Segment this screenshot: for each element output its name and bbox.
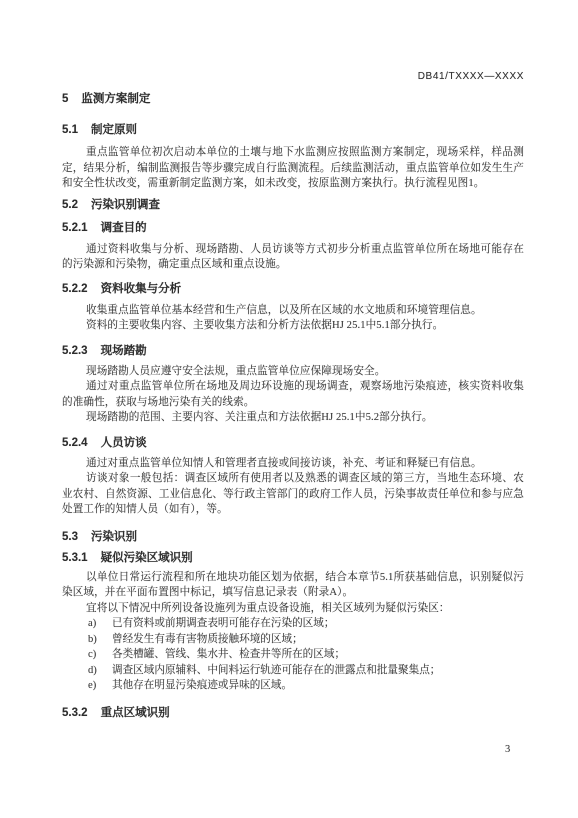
section-5-2-1-number: 5.2.1 [62,222,88,234]
list-item-a-marker: a) [88,616,112,632]
section-5-2-3-title: 现场踏勘 [101,345,147,357]
section-5-2-4-title: 人员访谈 [101,437,147,449]
section-5-3-number: 5.3 [62,531,78,543]
section-5-3-2-title: 重点区域识别 [101,707,170,719]
list-item-b-text: 曾经发生有毒有害物质接触环境的区域； [112,632,524,648]
section-5-2-title: 污染识别调查 [91,199,160,211]
section-5-3-2-heading: 5.3.2重点区域识别 [62,706,524,721]
section-5-3-1-heading: 5.3.1疑似污染区域识别 [62,551,524,566]
section-5-2-1-title: 调查目的 [101,222,147,234]
section-5-1-paragraph: 重点监管单位初次启动本单位的土壤与地下水监测应按照监测方案制定，现场采样，样品测… [62,145,524,192]
section-5-2-number: 5.2 [62,199,78,211]
section-5-2-1-paragraph: 通过资料收集与分析、现场踏勘、人员访谈等方式初步分析重点监管单位所在场地可能存在… [62,242,524,273]
section-5-2-1-heading: 5.2.1调查目的 [62,221,524,236]
section-5-3-2-number: 5.3.2 [62,707,88,719]
page-number: 3 [505,744,510,755]
section-5-1-heading: 5.1制定原则 [62,123,524,138]
section-5-2-2-paragraph-2: 资料的主要收集内容、主要收集方法和分析方法依据HJ 25.1中5.1部分执行。 [62,318,524,334]
section-5-2-3-paragraph-1: 现场踏勘人员应遵守安全法规，重点监管单位应保障现场安全。 [62,364,524,380]
section-5-2-4-paragraph-2: 访谈对象一般包括：调查区域所有使用者以及熟悉的调查区域的第三方，当地生态环境、农… [62,471,524,518]
section-5-3-1-paragraph-2: 宜将以下情况中所列设备设施列为重点设备设施，相关区域列为疑似污染区： [62,601,524,617]
section-5-2-2-title: 资料收集与分析 [101,283,182,295]
section-5-heading: 5监测方案制定 [62,92,524,107]
section-5-2-2-heading: 5.2.2资料收集与分析 [62,282,524,297]
list-item-b: b) 曾经发生有毒有害物质接触环境的区域； [62,632,524,648]
suspected-pollution-area-list: a) 已有资料或前期调查表明可能存在污染的区域； b) 曾经发生有毒有害物质接触… [62,616,524,694]
section-5-number: 5 [62,93,68,105]
section-5-2-3-paragraph-3: 现场踏勘的范围、主要内容、关注重点和方法依据HJ 25.1中5.2部分执行。 [62,410,524,426]
section-5-3-heading: 5.3污染识别 [62,530,524,545]
list-item-e-text: 其他存在明显污染痕迹或异味的区域。 [112,678,524,694]
section-5-1-number: 5.1 [62,124,78,136]
section-5-2-2-number: 5.2.2 [62,283,88,295]
list-item-c-marker: c) [88,647,112,663]
list-item-b-marker: b) [88,632,112,648]
section-5-2-4-paragraph-1: 通过对重点监管单位知情人和管理者直接或间接访谈，补充、考证和释疑已有信息。 [62,456,524,472]
section-5-2-2-paragraph-1: 收集重点监管单位基本经营和生产信息，以及所在区域的水文地质和环境管理信息。 [62,303,524,319]
section-5-3-1-number: 5.3.1 [62,552,88,564]
section-5-3-title: 污染识别 [91,531,137,543]
list-item-c: c) 各类槽罐、管线、集水井、检查井等所在的区域； [62,647,524,663]
section-5-2-heading: 5.2污染识别调查 [62,198,524,213]
section-5-2-3-number: 5.2.3 [62,345,88,357]
list-item-a-text: 已有资料或前期调查表明可能存在污染的区域； [112,616,524,632]
list-item-d-text: 调查区域内原辅料、中间料运行轨迹可能存在的泄露点和批量聚集点； [112,663,524,679]
section-5-3-1-paragraph-1: 以单位日常运行流程和所在地块功能区划为依据，结合本章节5.1所获基础信息，识别疑… [62,570,524,601]
section-5-2-3-paragraph-2: 通过对重点监管单位所在场地及周边环设施的现场调查，观察场地污染痕迹，核实资料收集… [62,379,524,410]
section-5-title: 监测方案制定 [81,93,150,105]
document-body: DB41/TXXXX—XXXX 5监测方案制定 5.1制定原则 重点监管单位初次… [62,0,524,721]
list-item-e: e) 其他存在明显污染痕迹或异味的区域。 [62,678,524,694]
list-item-d-marker: d) [88,663,112,679]
standard-code-header: DB41/TXXXX—XXXX [62,70,524,84]
list-item-e-marker: e) [88,678,112,694]
section-5-2-3-heading: 5.2.3现场踏勘 [62,344,524,359]
list-item-a: a) 已有资料或前期调查表明可能存在污染的区域； [62,616,524,632]
list-item-c-text: 各类槽罐、管线、集水井、检查井等所在的区域； [112,647,524,663]
list-item-d: d) 调查区域内原辅料、中间料运行轨迹可能存在的泄露点和批量聚集点； [62,663,524,679]
section-5-1-title: 制定原则 [91,124,137,136]
section-5-3-1-title: 疑似污染区域识别 [101,552,193,564]
document-page: DB41/TXXXX—XXXX 5监测方案制定 5.1制定原则 重点监管单位初次… [0,0,578,818]
section-5-2-4-number: 5.2.4 [62,437,88,449]
section-5-2-4-heading: 5.2.4人员访谈 [62,436,524,451]
